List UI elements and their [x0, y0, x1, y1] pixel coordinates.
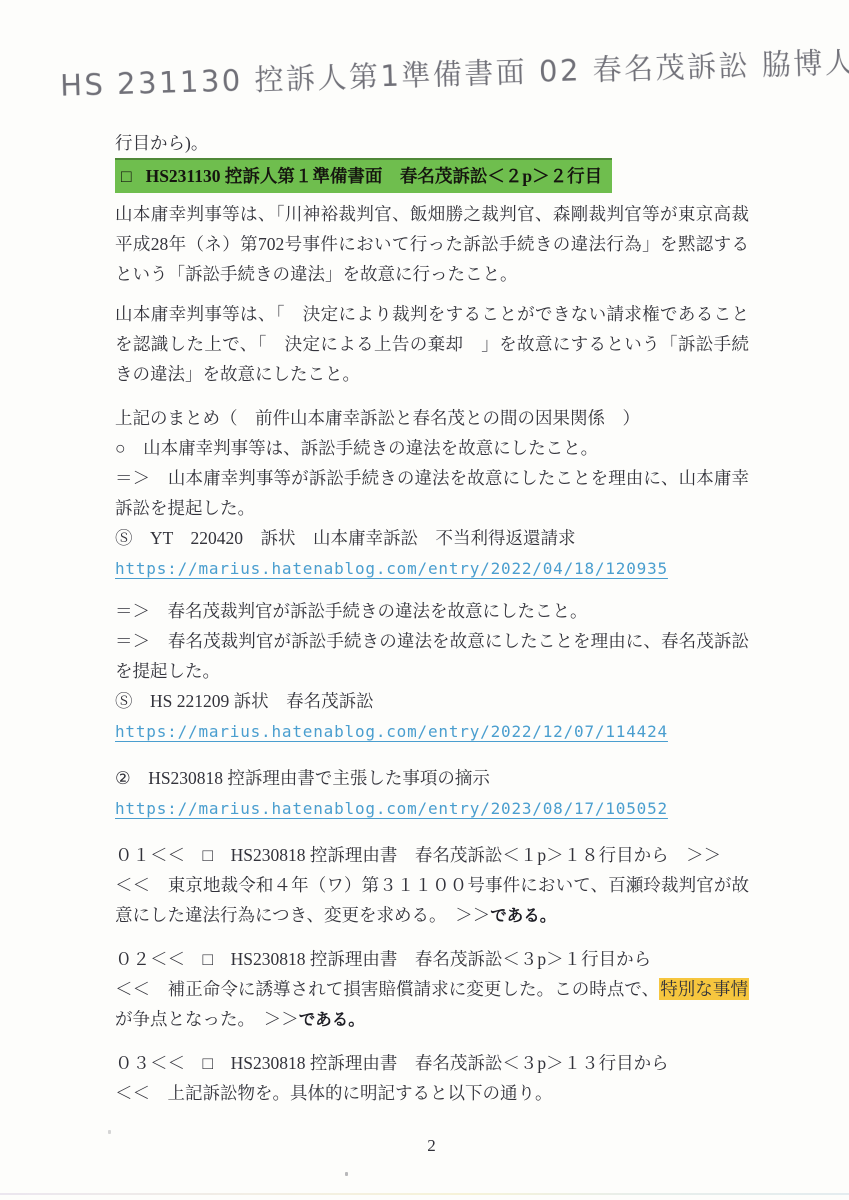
paragraph-1: 山本庸幸判事等は、「川神裕裁判官、飯畑勝之裁判官、森剛裁判官等が東京高裁平成28… — [115, 199, 749, 289]
page-number: 2 — [115, 1131, 749, 1161]
excerpt-item-02: ０２＜＜ □ HS230818 控訴理由書 春名茂訴訟＜３p＞１行目から ＜＜ … — [115, 944, 749, 1035]
highlighted-text: 特別な事情 — [659, 978, 749, 1000]
blog-link-1[interactable]: https://marius.hatenablog.com/entry/2022… — [115, 554, 668, 584]
blog-link-2[interactable]: https://marius.hatenablog.com/entry/2022… — [115, 717, 668, 747]
section-2-heading: ② HS230818 控訴理由書で主張した事項の摘示 — [115, 763, 749, 793]
scan-edge-artifact — [0, 1193, 849, 1195]
summary-point-4: ＝＞ 春名茂裁判官が訴訟手続きの違法を故意にしたことを理由に、春名茂訴訟を提起し… — [115, 626, 749, 686]
citation-ref-1: Ⓢ YT 220420 訴状 山本庸幸訴訟 不当利得返還請求 — [115, 523, 749, 553]
heading-label: HS231130 控訴人第１準備書面 春名茂訴訟＜２p＞２行目 — [146, 166, 603, 186]
green-highlight-heading: □HS231130 控訴人第１準備書面 春名茂訴訟＜２p＞２行目 — [115, 158, 749, 193]
handwritten-annotation: HS 231130 控訴人第1準備書面 02 春名茂訴訟 脇博人裁判官 — [60, 40, 849, 104]
quote-text: ＜＜ 上記訴訟物を。具体的に明記すると以下の通り。 — [115, 1083, 553, 1103]
excerpt-header: ０１＜＜ □ HS230818 控訴理由書 春名茂訴訟＜１p＞１８行目から ＞＞ — [115, 840, 749, 870]
bold-suffix: である。 — [490, 906, 556, 925]
excerpt-header: ０３＜＜ □ HS230818 控訴理由書 春名茂訴訟＜３p＞１３行目から — [115, 1048, 749, 1078]
scan-speck — [345, 1172, 348, 1176]
excerpt-quote: ＜＜ 上記訴訟物を。具体的に明記すると以下の通り。 — [115, 1078, 749, 1109]
document-body: 行目から)。 □HS231130 控訴人第１準備書面 春名茂訴訟＜２p＞２行目 … — [115, 128, 749, 1161]
citation-ref-2: Ⓢ HS 221209 訴状 春名茂訴訟 — [115, 686, 749, 716]
excerpt-quote: ＜＜ 東京地裁令和４年（ワ）第３１１００号事件において、百瀬玲裁判官が故意にした… — [115, 870, 749, 931]
summary-point-1: ○ 山本庸幸判事等は、訴訟手続きの違法を故意にしたこと。 — [115, 433, 749, 463]
excerpt-quote: ＜＜ 補正命令に誘導されて損害賠償請求に変更した。この時点で、特別な事情が争点と… — [115, 974, 749, 1035]
excerpt-item-01: ０１＜＜ □ HS230818 控訴理由書 春名茂訴訟＜１p＞１８行目から ＞＞… — [115, 840, 749, 931]
excerpt-item-03: ０３＜＜ □ HS230818 控訴理由書 春名茂訴訟＜３p＞１３行目から ＜＜… — [115, 1048, 749, 1109]
scan-speck — [108, 1130, 111, 1134]
checkbox-icon: □ — [121, 166, 132, 186]
summary-title: 上記のまとめ（ 前件山本庸幸訴訟と春名茂との間の因果関係 ） — [115, 403, 749, 433]
summary-point-2: ＝＞ 山本庸幸判事等が訴訟手続きの違法を故意にしたことを理由に、山本庸幸訴訟を提… — [115, 463, 749, 523]
blog-link-3[interactable]: https://marius.hatenablog.com/entry/2023… — [115, 794, 668, 824]
bold-suffix: である。 — [299, 1010, 365, 1029]
excerpt-header: ０２＜＜ □ HS230818 控訴理由書 春名茂訴訟＜３p＞１行目から — [115, 944, 749, 974]
paragraph-2: 山本庸幸判事等は、「 決定により裁判をすることができない請求権であることを認識し… — [115, 299, 749, 389]
intro-line: 行目から)。 — [115, 128, 749, 158]
summary-point-3: ＝＞ 春名茂裁判官が訴訟手続きの違法を故意にしたこと。 — [115, 596, 749, 626]
quote-text: ＜＜ 東京地裁令和４年（ワ）第３１１００号事件において、百瀬玲裁判官が故意にした… — [115, 875, 749, 925]
quote-text-post: が争点となった。 ＞＞ — [115, 1009, 299, 1029]
scan-page: HS 231130 控訴人第1準備書面 02 春名茂訴訟 脇博人裁判官 行目から… — [0, 0, 849, 1200]
quote-text: ＜＜ 補正命令に誘導されて損害賠償請求に変更した。この時点で、 — [115, 979, 659, 999]
